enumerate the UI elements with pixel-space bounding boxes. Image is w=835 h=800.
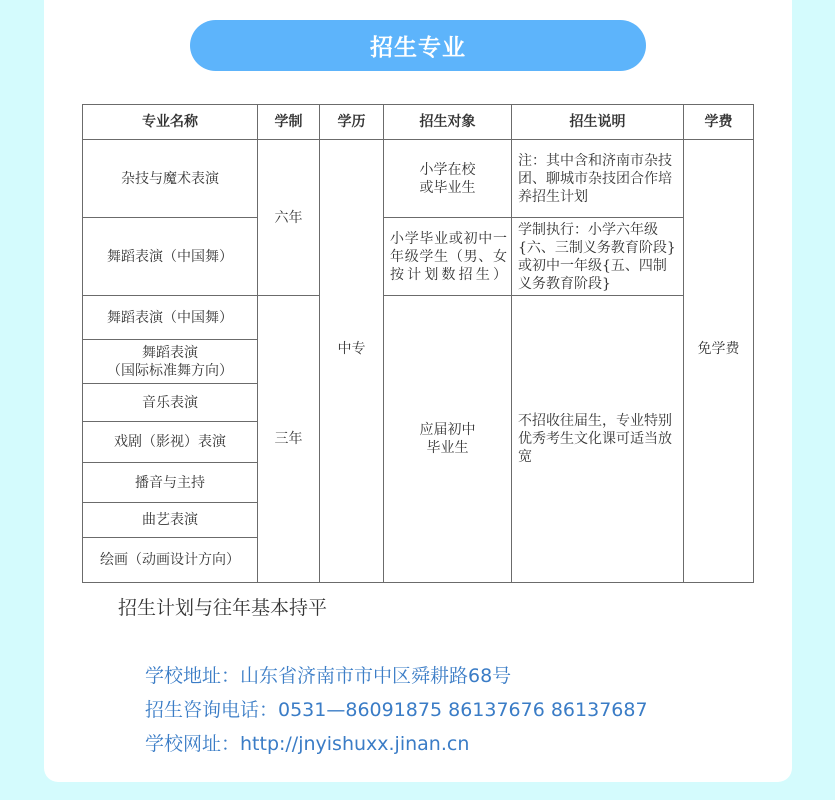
major-cell: 戏剧（影视）表演	[83, 422, 258, 463]
target-cell: 应届初中 毕业生	[384, 296, 512, 583]
table-row: 杂技与魔术表演 六年 中专 小学在校 或毕业生 注：其中含和济南市杂技团、聊城市…	[83, 140, 754, 218]
major-cell: 绘画（动画设计方向）	[83, 538, 258, 583]
header-major: 专业名称	[83, 105, 258, 140]
major-cell: 音乐表演	[83, 384, 258, 422]
enrollment-plan-note: 招生计划与往年基本持平	[118, 593, 327, 620]
major-cell: 杂技与魔术表演	[83, 140, 258, 218]
table-header-row: 专业名称 学制 学历 招生对象 招生说明 学费	[83, 105, 754, 140]
description-cell: 注：其中含和济南市杂技团、聊城市杂技团合作培养招生计划	[512, 140, 684, 218]
header-target: 招生对象	[384, 105, 512, 140]
major-cell: 播音与主持	[83, 463, 258, 503]
target-cell: 小学在校 或毕业生	[384, 140, 512, 218]
table-row: 舞蹈表演（中国舞） 小学毕业或初中一年级学生（男、女按计划数招生） 学制执行：小…	[83, 218, 754, 296]
table-row: 舞蹈表演（中国舞） 三年 应届初中 毕业生 不招收往届生，专业特别优秀考生文化课…	[83, 296, 754, 340]
duration-cell: 三年	[258, 296, 320, 583]
duration-cell: 六年	[258, 140, 320, 296]
admission-phone: 招生咨询电话：0531—86091875 86137676 86137687	[145, 695, 648, 722]
major-cell: 舞蹈表演（中国舞）	[83, 218, 258, 296]
target-cell: 小学毕业或初中一年级学生（男、女按计划数招生）	[384, 218, 512, 296]
header-duration: 学制	[258, 105, 320, 140]
major-cell: 舞蹈表演 （国际标准舞方向）	[83, 340, 258, 384]
header-description: 招生说明	[512, 105, 684, 140]
school-website[interactable]: 学校网址：http://jnyishuxx.jinan.cn	[145, 729, 469, 756]
tuition-cell: 免学费	[684, 140, 754, 583]
header-education: 学历	[320, 105, 384, 140]
description-cell: 学制执行：小学六年级{六、三制义务教育阶段}或初中一年级{五、四制义务教育阶段}	[512, 218, 684, 296]
major-cell: 舞蹈表演（中国舞）	[83, 296, 258, 340]
majors-table: 专业名称 学制 学历 招生对象 招生说明 学费 杂技与魔术表演 六年 中专 小学…	[82, 104, 754, 583]
school-address: 学校地址：山东省济南市市中区舜耕路68号	[145, 661, 511, 688]
section-title-banner: 招生专业	[190, 20, 646, 71]
header-tuition: 学费	[684, 105, 754, 140]
major-cell: 曲艺表演	[83, 503, 258, 538]
education-cell: 中专	[320, 140, 384, 583]
section-title: 招生专业	[370, 29, 466, 62]
description-cell: 不招收往届生，专业特别优秀考生文化课可适当放宽	[512, 296, 684, 583]
